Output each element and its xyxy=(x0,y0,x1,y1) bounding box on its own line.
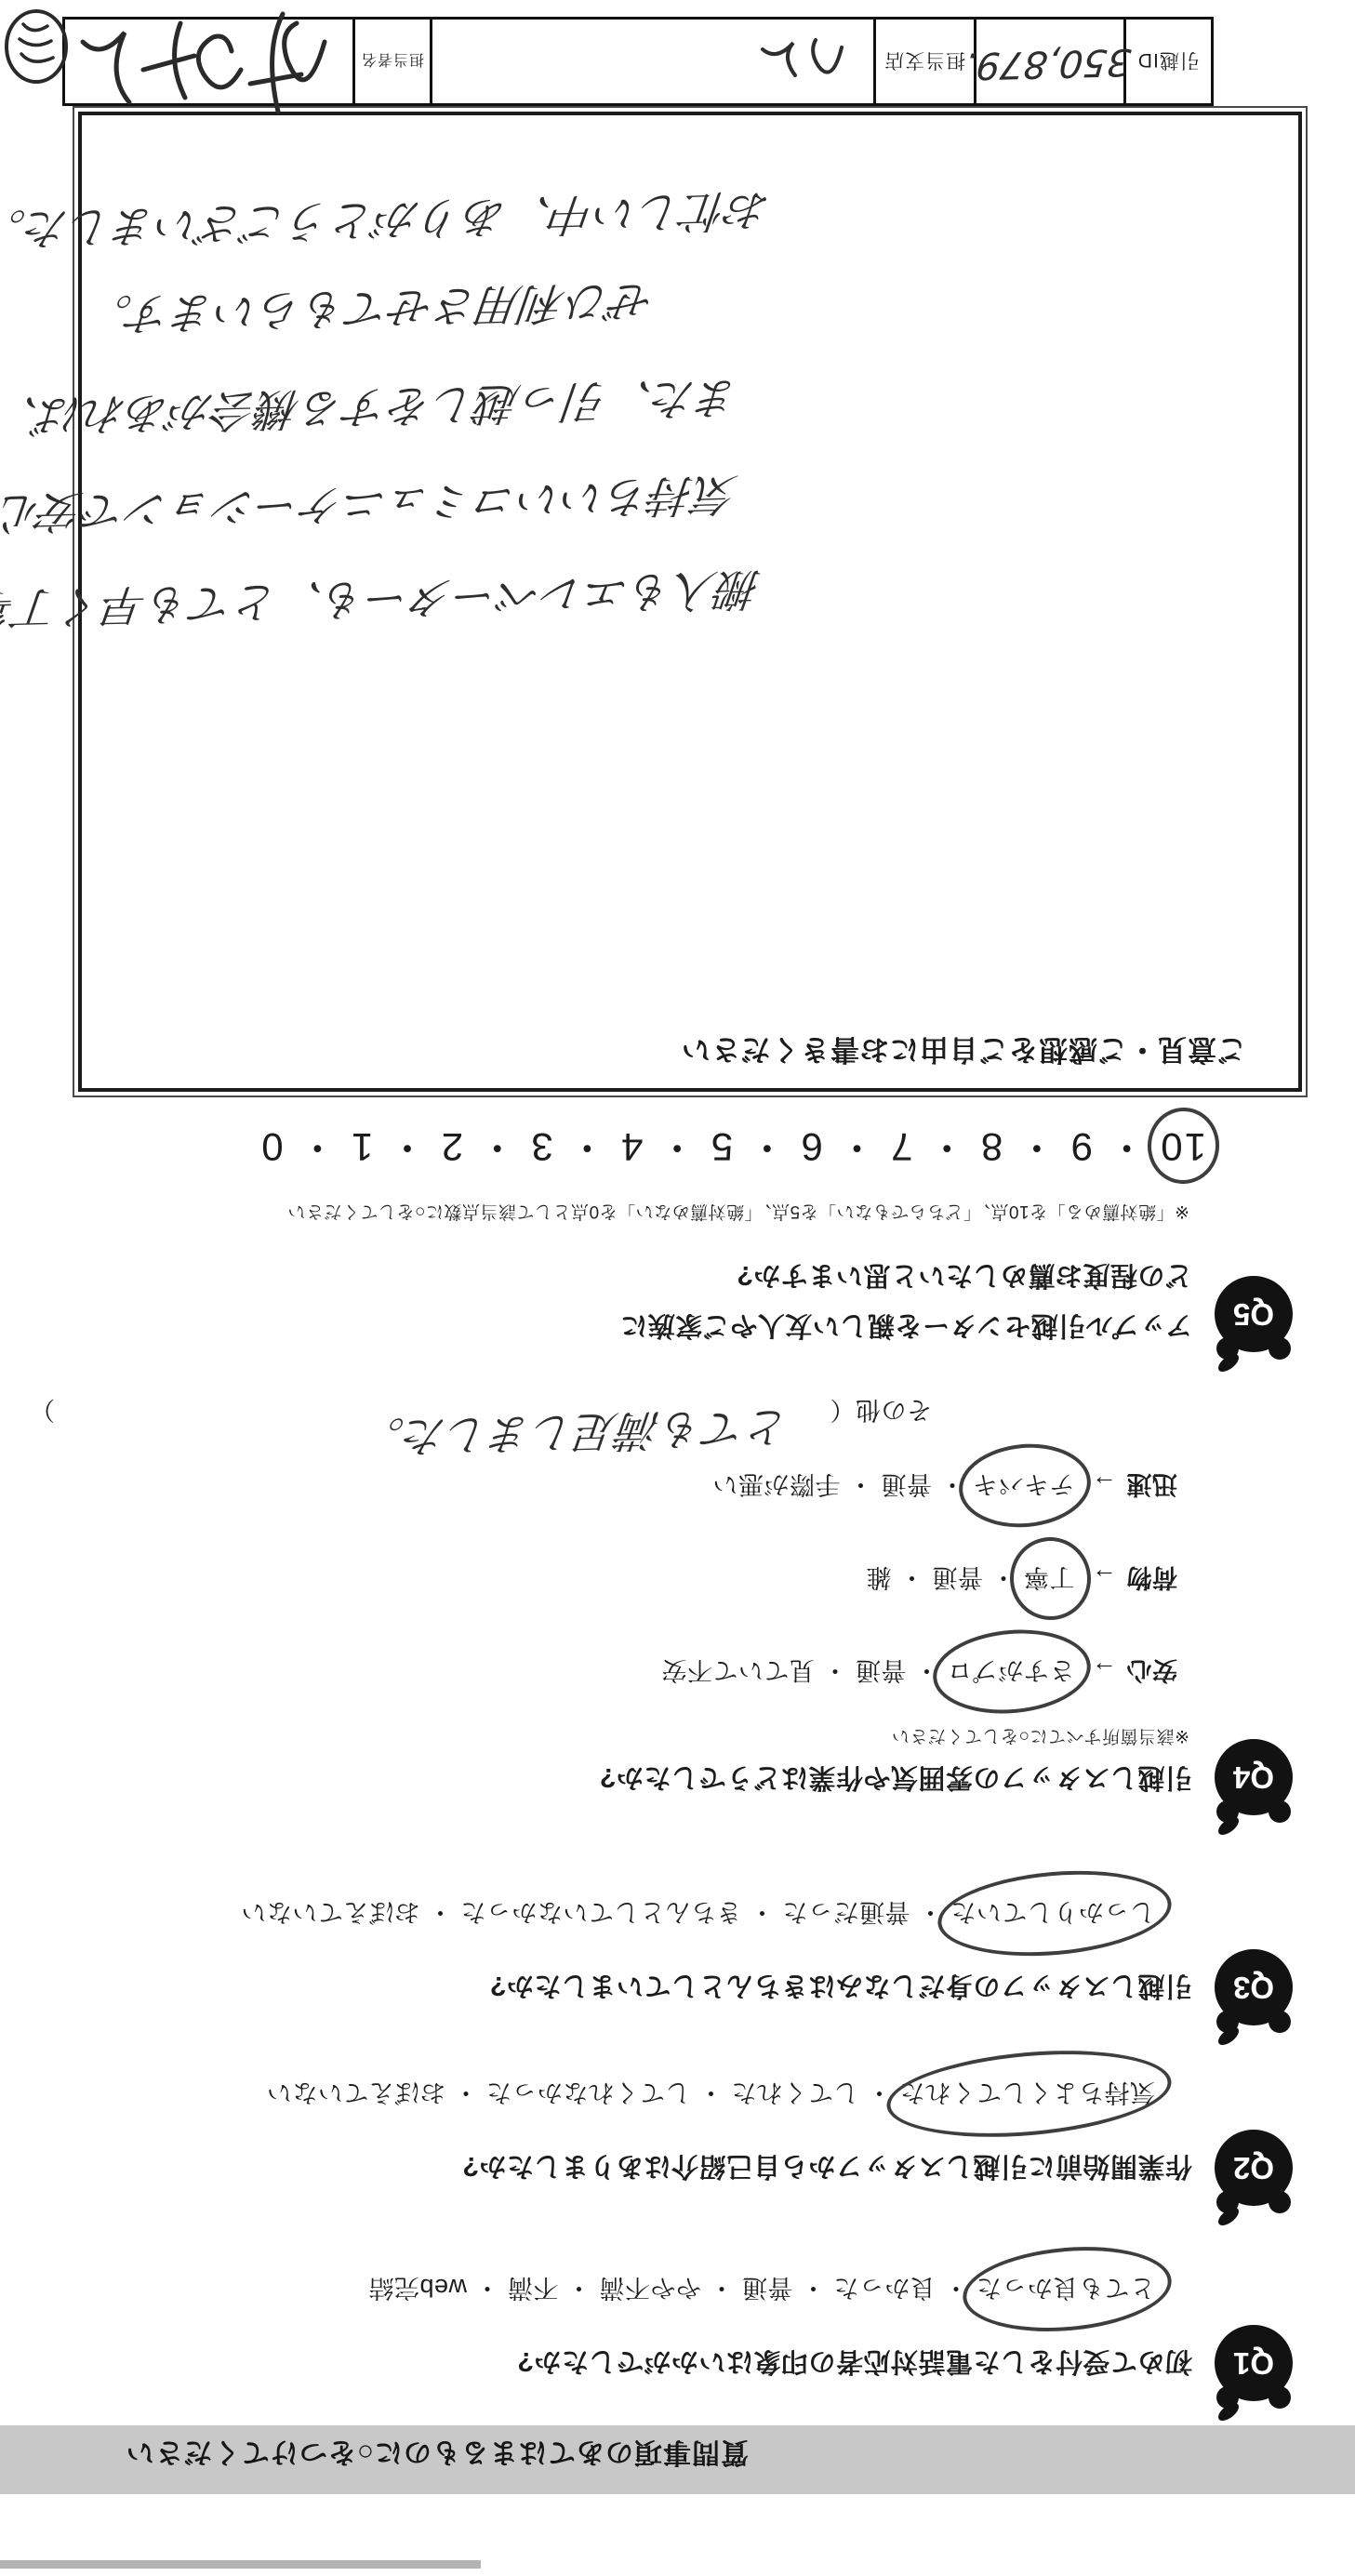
q4-row3-selected-circled: テキパキ xyxy=(973,1468,1075,1505)
handwritten-comment-line: お忙しい中、ありがとうございました。 xyxy=(0,181,773,264)
handwritten-comment-line: ぜひ利用させてもらいます。 xyxy=(85,272,657,350)
q4-row-jinsoku: 迅速→テキパキ ・ 普通 ・ 手際が悪い xyxy=(712,1468,1216,1505)
staff-name-value-cell xyxy=(65,20,352,103)
handwritten-comment-line: 搬入もエレベーターも、とても早く丁寧で、 xyxy=(0,561,764,646)
q4-row2-other-options: ・ 普通 ・ 雑 xyxy=(866,1563,1024,1591)
q5-score-scale: 10 ・ 9 ・ 8 ・ 7 ・ 6 ・ 5 ・ 4 ・ 3 ・ 2 ・ 1 ・… xyxy=(259,1122,1206,1177)
q4-other-label: その他（ xyxy=(830,1394,932,1430)
instruction-banner: 質問事項のあてはまるものに○をつけてください xyxy=(0,2425,1355,2494)
arrow-icon: → xyxy=(1092,1562,1118,1591)
q1-question-text: 初めて受付をした電話対応者の印象はいかがでしたか? xyxy=(517,2344,1192,2383)
q4-note: ※該当箇所すべてに○をしてください xyxy=(891,1725,1189,1750)
comment-box: ご意見・ご感想をご自由にお書きください 搬入もエレベーターも、とても早く丁寧で、… xyxy=(78,112,1302,1092)
q2-badge: Q2 xyxy=(1211,2130,1293,2211)
q5-note: ※「絶対薦める」を10点、「どちらでもない」を5点、「絶対薦めない」を0点として… xyxy=(287,1201,1189,1226)
instruction-banner-text: 質問事項のあてはまるものに○をつけてください xyxy=(126,2435,749,2476)
handwritten-seal-scribble xyxy=(1,6,70,86)
footer-id-table: 引越ID 350,879. 担当支店 担当者名 xyxy=(62,17,1214,106)
handwritten-branch-scribble xyxy=(693,29,860,94)
q3-options: しっかりしていた ・ 普通だった ・ きちんとしていなかった ・ おぼえていない xyxy=(241,1896,1155,1932)
moving-id-value-cell: 350,879. xyxy=(974,20,1123,103)
q3-badge: Q3 xyxy=(1211,1949,1293,2031)
q4-other-handwritten-answer: とても満足しました。 xyxy=(357,1399,792,1471)
q4-row3-other-options: ・ 普通 ・ 手際が悪い xyxy=(712,1470,973,1498)
q5-question-line1: アップル引越センターを親しい友人やご家族に xyxy=(620,1308,1192,1347)
q2-other-options: ・ してくれた ・ してくれなかった ・ おぼえていない xyxy=(266,2078,899,2106)
comment-box-header: ご意見・ご感想をご自由にお書きください xyxy=(681,1031,1246,1073)
q4-row-nimotsu: 荷物→丁寧 ・ 普通 ・ 雑 xyxy=(866,1561,1216,1598)
staff-name-label-cell: 担当者名 xyxy=(352,20,429,103)
q3-question-text: 引越しスタッフの身だしなみはきちんとしていましたか? xyxy=(489,1969,1192,2007)
branch-label-cell: 担当支店 xyxy=(873,20,974,103)
q5-badge: Q5 xyxy=(1211,1276,1293,1358)
handwritten-comment-line: 気持ちいいコミュニケーションで安心できました。 xyxy=(0,466,740,554)
arrow-icon: → xyxy=(1092,1469,1118,1498)
scanned-survey-screenshot: 質問事項のあてはまるものに○をつけてください Q1 初めて受付をした電話対応者の… xyxy=(0,0,1355,2576)
branch-value-cell xyxy=(430,20,873,103)
q2-question-text: 作業開始前に引越しスタッフから自己紹介はありましたか? xyxy=(462,2149,1192,2187)
q2-badge-label: Q2 xyxy=(1215,2130,1293,2206)
q4-row2-selected-circled: 丁寧 xyxy=(1024,1561,1075,1598)
q4-row-label: 安心 xyxy=(1126,1654,1216,1691)
q5-scale-rest: ・ 9 ・ 8 ・ 7 ・ 6 ・ 5 ・ 4 ・ 3 ・ 2 ・ 1 ・ 0 xyxy=(259,1125,1159,1169)
q4-question-text: 引越しスタッフの雰囲気や作業はどうでしたか? xyxy=(599,1760,1192,1799)
q4-row1-selected-circled: さすがプロ xyxy=(947,1654,1075,1691)
moving-id-handwritten-value: 350,879. xyxy=(963,40,1133,87)
moving-id-label: 引越ID xyxy=(1137,47,1200,75)
q3-badge-label: Q3 xyxy=(1215,1949,1293,2025)
q1-selected-option-circled: とても良かった xyxy=(976,2272,1156,2308)
q5-badge-label: Q5 xyxy=(1215,1276,1293,1352)
q5-selected-score-circled: 10 xyxy=(1159,1124,1206,1169)
q4-badge-label: Q4 xyxy=(1215,1739,1293,1815)
handwritten-comment-line: また、引っ越しをする機会があれば、 xyxy=(0,369,742,451)
q1-other-options: ・ 良かった ・ 普通 ・ やや不満 ・ 不満 ・ web完結 xyxy=(368,2274,976,2302)
q1-badge: Q1 xyxy=(1211,2325,1293,2407)
q4-row-label: 迅速 xyxy=(1126,1468,1216,1505)
moving-id-label-cell: 引越ID xyxy=(1123,20,1211,103)
handwritten-staff-signature-scribble xyxy=(64,5,352,126)
survey-sheet-rotated-180: 質問事項のあてはまるものに○をつけてください Q1 初めて受付をした電話対応者の… xyxy=(0,0,1355,2576)
q4-row-anshin: 安心→さすがプロ ・ 普通 ・ 見ていて不安 xyxy=(661,1654,1216,1691)
q2-selected-option-circled: 気持ちよくしてくれた xyxy=(899,2077,1155,2113)
scan-artifact-line xyxy=(0,2560,481,2569)
q5-question-line2: どの程度お薦めしたいと思いますか? xyxy=(737,1258,1192,1296)
q4-row1-other-options: ・ 普通 ・ 見ていて不安 xyxy=(661,1656,947,1684)
arrow-icon: → xyxy=(1092,1655,1118,1684)
q1-badge-label: Q1 xyxy=(1215,2325,1293,2401)
q4-badge: Q4 xyxy=(1211,1739,1293,1821)
q4-other-close-paren: ） xyxy=(30,1394,56,1430)
staff-name-label: 担当者名 xyxy=(361,51,424,73)
q3-selected-option-circled: しっかりしていた xyxy=(950,1896,1155,1932)
q3-other-options: ・ 普通だった ・ きちんとしていなかった ・ おぼえていない xyxy=(241,1898,950,1926)
branch-label: 担当支店 xyxy=(883,47,965,75)
q1-options: とても良かった ・ 良かった ・ 普通 ・ やや不満 ・ 不満 ・ web完結 xyxy=(368,2272,1155,2308)
q2-options: 気持ちよくしてくれた ・ してくれた ・ してくれなかった ・ おぼえていない xyxy=(266,2077,1155,2113)
q4-row-label: 荷物 xyxy=(1126,1561,1216,1598)
